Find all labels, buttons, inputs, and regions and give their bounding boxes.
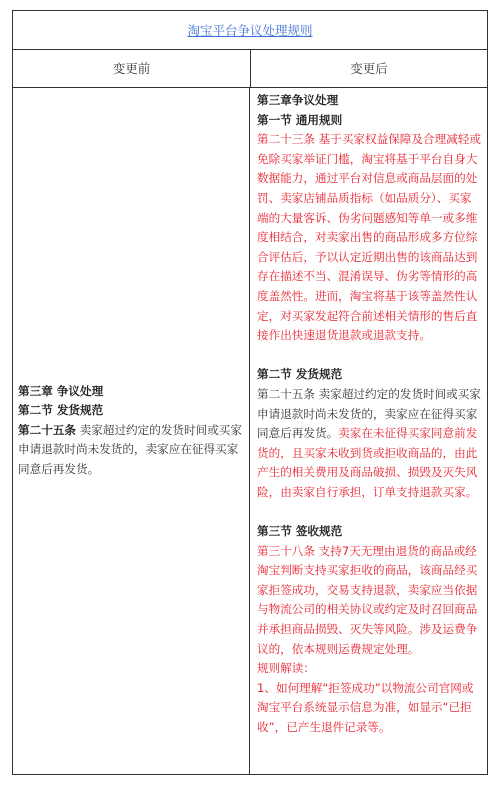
before-article: 第二十五条 卖家超过约定的发货时间或买家申请退款时尚未发货的，卖家应在征得买家同… bbox=[18, 421, 244, 480]
after-section2-article: 第二十五条 卖家超过约定的发货时间或买家申请退款时尚未发货的，卖家应在征得买家同… bbox=[257, 385, 481, 503]
table-title-row: 淘宝平台争议处理规则 bbox=[13, 11, 487, 50]
after-section1-article: 第二十三条 基于买家权益保障及合理减轻或免除买家举证门槛，淘宝将基于平台自身大数… bbox=[257, 130, 481, 346]
after-section1-title: 第一节 通用规则 bbox=[257, 111, 481, 131]
after-section-2: 第二节 发货规范 第二十五条 卖家超过约定的发货时间或买家申请退款时尚未发货的，… bbox=[257, 365, 481, 502]
after-section3-article: 第三十八条 支持7天无理由退货的商品或经淘宝判断支持买家拒收的商品，该商品经买家… bbox=[257, 542, 481, 660]
before-chapter: 第三章 争议处理 bbox=[18, 382, 244, 402]
before-cell: 第三章 争议处理 第二节 发货规范 第二十五条 卖家超过约定的发货时间或买家申请… bbox=[13, 87, 250, 774]
after-section3-title: 第三节 签收规范 bbox=[257, 522, 481, 542]
header-after: 变更后 bbox=[251, 49, 487, 87]
after-section-3: 第三节 签收规范 第三十八条 支持7天无理由退货的商品或经淘宝判断支持买家拒收的… bbox=[257, 522, 481, 738]
table-header-row: 变更前 变更后 bbox=[13, 49, 487, 88]
table-body-row: 第三章 争议处理 第二节 发货规范 第二十五条 卖家超过约定的发货时间或买家申请… bbox=[13, 87, 487, 774]
header-before: 变更前 bbox=[13, 49, 251, 87]
after-section-1: 第一节 通用规则 第二十三条 基于买家权益保障及合理减轻或免除买家举证门槛，淘宝… bbox=[257, 111, 481, 346]
before-section: 第二节 发货规范 bbox=[18, 401, 244, 421]
after-chapter: 第三章争议处理 bbox=[257, 91, 481, 111]
after-section2-title: 第二节 发货规范 bbox=[257, 365, 481, 385]
before-content: 第三章 争议处理 第二节 发货规范 第二十五条 卖家超过约定的发货时间或买家申请… bbox=[18, 382, 244, 480]
after-content: 第三章争议处理 第一节 通用规则 第二十三条 基于买家权益保障及合理减轻或免除买… bbox=[257, 91, 481, 738]
rule-title-link[interactable]: 淘宝平台争议处理规则 bbox=[187, 21, 312, 39]
after-cell: 第三章争议处理 第一节 通用规则 第二十三条 基于买家权益保障及合理减轻或免除买… bbox=[250, 87, 487, 774]
rule-change-table: 淘宝平台争议处理规则 变更前 变更后 第三章 争议处理 第二节 发货规范 第二十… bbox=[12, 10, 488, 775]
interpretation-item: 1、如何理解“拒签成功”以物流公司官网或淘宝平台系统显示信息为准，如显示“已拒收… bbox=[257, 679, 481, 738]
before-article-label: 第二十五条 bbox=[18, 423, 76, 437]
interpretation-label: 规则解读： bbox=[257, 659, 481, 679]
